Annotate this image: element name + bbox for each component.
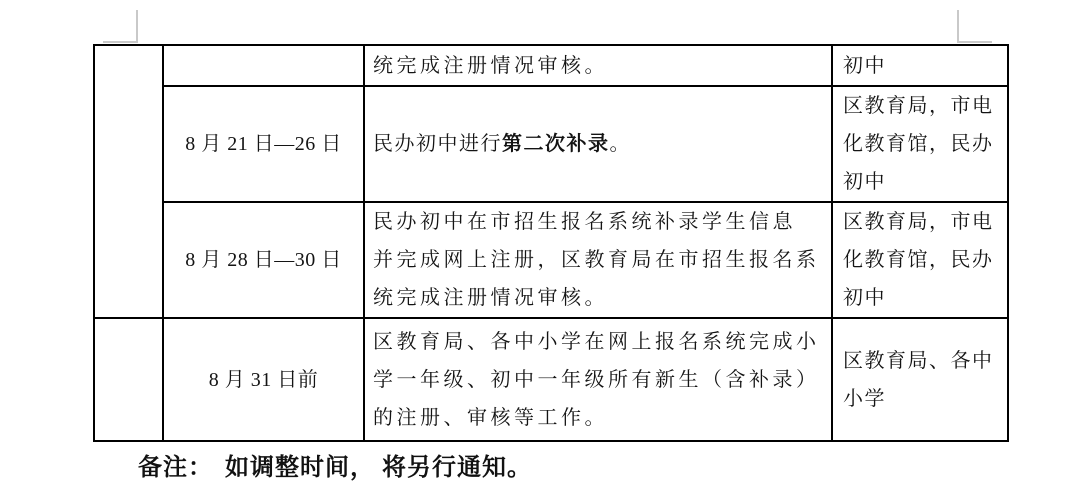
remark-label: 备注：: [138, 455, 213, 481]
date-cell: 8 月 28 日—30 日: [163, 202, 364, 318]
page-margin-mark-top-right: [957, 10, 992, 43]
stage-cell-merged: [94, 45, 163, 318]
remark-line: 备注：如调整时间， 将另行通知。: [138, 447, 532, 482]
task-cell: 统完成注册情况审核。: [364, 45, 832, 86]
table-row: 统完成注册情况审核。 初中: [94, 45, 1008, 86]
task-text-suffix: 。: [610, 133, 632, 155]
responsible-cell: 区教育局，市电 化教育馆，民办 初中: [832, 86, 1008, 202]
task-text-prefix: 民办初中进行: [373, 133, 502, 155]
task-cell: 民办初中在市招生报名系统补录学生信息 并完成网上注册，区教育局在市招生报名系 统…: [364, 202, 832, 318]
date-cell: 8 月 21 日—26 日: [163, 86, 364, 202]
date-cell: [163, 45, 364, 86]
task-text-bold: 第二次补录: [502, 133, 610, 155]
table-row: 8 月 21 日—26 日 民办初中进行第二次补录。 区教育局，市电 化教育馆，…: [94, 86, 1008, 202]
responsible-cell: 区教育局、各中 小学: [832, 318, 1008, 441]
task-cell: 民办初中进行第二次补录。: [364, 86, 832, 202]
table-row: 8 月 31 日前 区教育局、各中小学在网上报名系统完成小 学一年级、初中一年级…: [94, 318, 1008, 441]
responsible-cell: 区教育局，市电 化教育馆，民办 初中: [832, 202, 1008, 318]
enrollment-schedule-table: 统完成注册情况审核。 初中 8 月 21 日—26 日 民办初中进行第二次补录。…: [93, 44, 1009, 442]
table-row: 8 月 28 日—30 日 民办初中在市招生报名系统补录学生信息 并完成网上注册…: [94, 202, 1008, 318]
page-margin-mark-top-left: [103, 10, 138, 43]
remark-text: 如调整时间， 将另行通知。: [225, 455, 532, 481]
stage-cell: [94, 318, 163, 441]
document-page: 统完成注册情况审核。 初中 8 月 21 日—26 日 民办初中进行第二次补录。…: [0, 0, 1080, 503]
responsible-cell: 初中: [832, 45, 1008, 86]
task-cell: 区教育局、各中小学在网上报名系统完成小 学一年级、初中一年级所有新生（含补录） …: [364, 318, 832, 441]
date-cell: 8 月 31 日前: [163, 318, 364, 441]
